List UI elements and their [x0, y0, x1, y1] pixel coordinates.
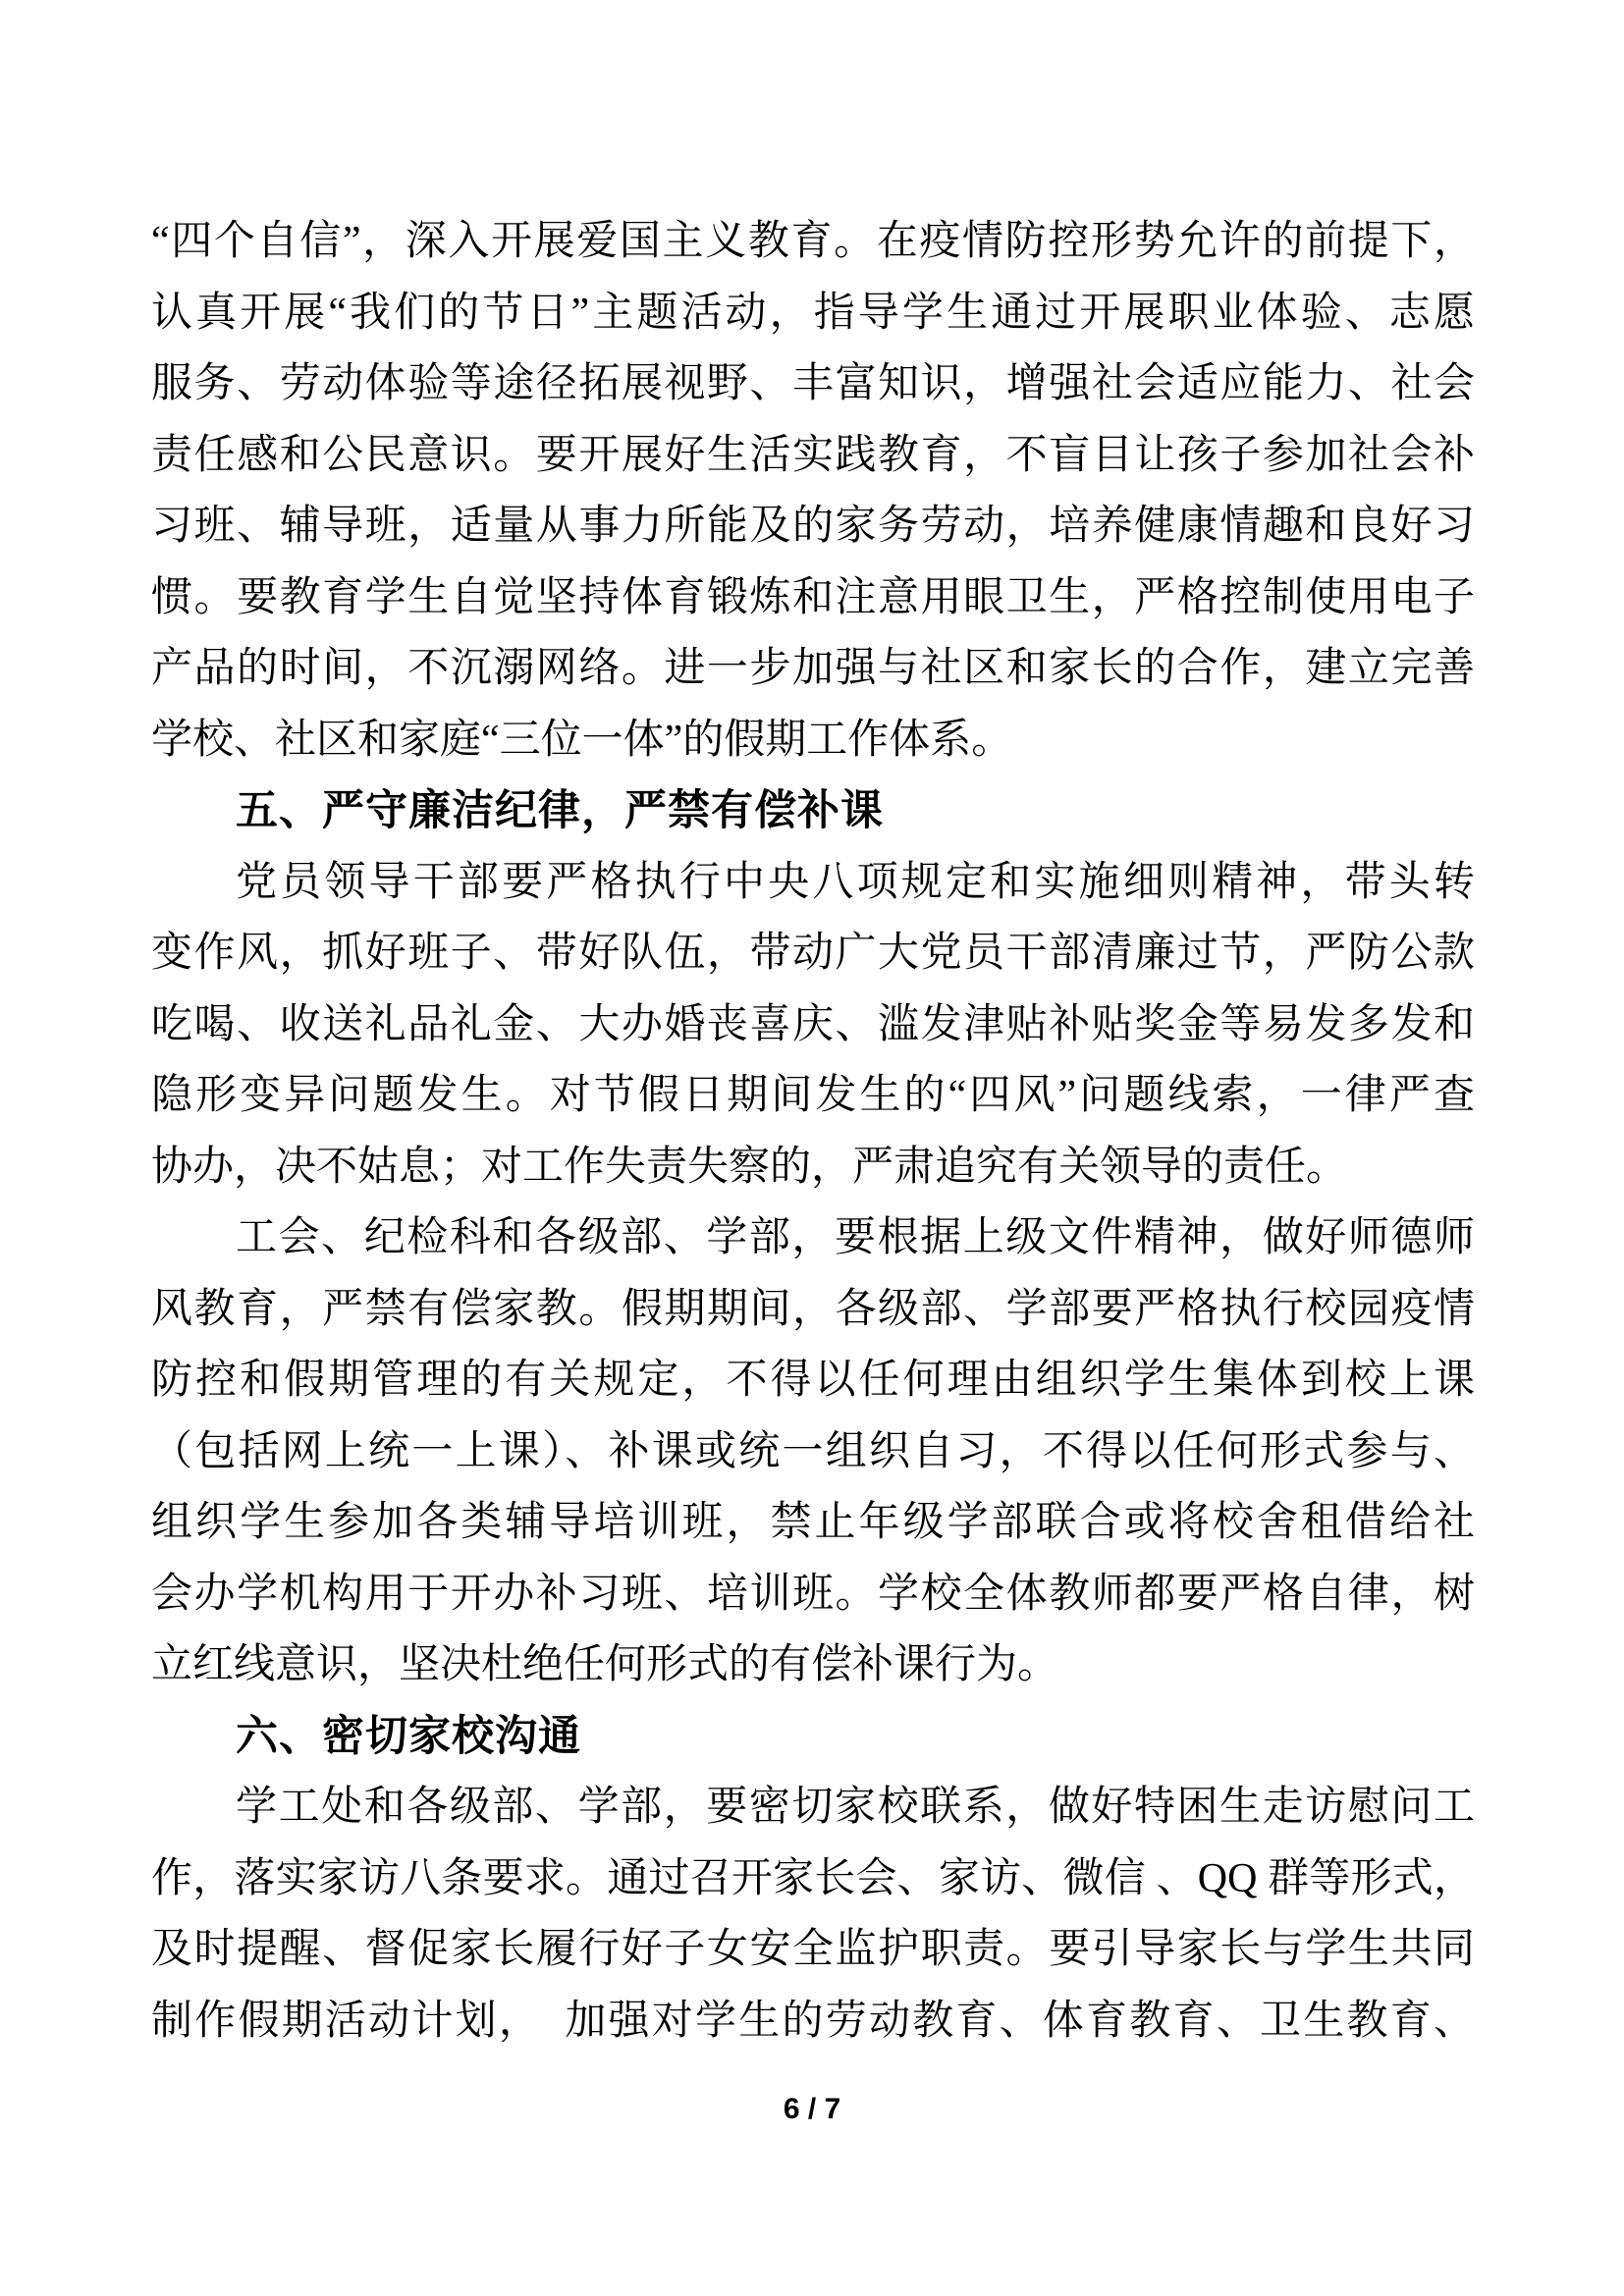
text-line: 党员领导干部要严格执行中央八项规定和实施细则精神，带头转	[151, 847, 1475, 919]
document-body: “四个自信”，深入开展爱国主义教育。在疫情防控形势允许的前提下，认真开展“我们的…	[151, 206, 1475, 2056]
paragraph-home-school-communication: 学工处和各级部、学部，要密切家校联系，做好特困生走访慰问工作，落实家访八条要求。…	[151, 1772, 1475, 2056]
text-line: 变作风，抓好班子、带好队伍，带动广大党员干部清廉过节，严防公款	[151, 918, 1475, 989]
text-line: 制作假期活动计划， 加强对学生的劳动教育、体育教育、卫生教育、	[151, 1986, 1475, 2057]
text-line: 学工处和各级部、学部，要密切家校联系，做好特困生走访慰问工	[151, 1772, 1475, 1843]
text-line: 及时提醒、督促家长履行好子女安全监护职责。要引导家长与学生共同	[151, 1914, 1475, 1986]
paragraph-no-paid-tutoring: 工会、纪检科和各级部、学部，要根据上级文件精神，做好师德师风教育，严禁有偿家教。…	[151, 1202, 1475, 1701]
text-line: 协办，决不姑息；对工作失责失察的，严肃追究有关领导的责任。	[151, 1132, 1475, 1203]
text-line: “四个自信”，深入开展爱国主义教育。在疫情防控形势允许的前提下，	[151, 206, 1475, 278]
document-page: “四个自信”，深入开展爱国主义教育。在疫情防控形势允许的前提下，认真开展“我们的…	[0, 0, 1624, 2296]
text-line: 服务、劳动体验等途径拓展视野、丰富知识，增强社会适应能力、社会	[151, 348, 1475, 420]
text-line: 惯。要教育学生自觉坚持体育锻炼和注意用眼卫生，严格控制使用电子	[151, 562, 1475, 634]
text-line: 吃喝、收送礼品礼金、大办婚丧喜庆、滥发津贴补贴奖金等易发多发和	[151, 989, 1475, 1061]
text-line: 隐形变异问题发生。对节假日期间发生的“四风”问题线索，一律严查	[151, 1060, 1475, 1132]
paragraph-holiday-education: “四个自信”，深入开展爱国主义教育。在疫情防控形势允许的前提下，认真开展“我们的…	[151, 206, 1475, 775]
text-line: 产品的时间，不沉溺网络。进一步加强与社区和家长的合作，建立完善	[151, 633, 1475, 705]
text-line: （包括网上统一上课）、补课或统一组织自习，不得以任何形式参与、	[151, 1416, 1475, 1488]
text-line: 习班、辅导班，适量从事力所能及的家务劳动，培养健康情趣和良好习	[151, 491, 1475, 562]
text-line: 风教育，严禁有偿家教。假期期间，各级部、学部要严格执行校园疫情	[151, 1274, 1475, 1346]
text-line: 责任感和公民意识。要开展好生活实践教育，不盲目让孩子参加社会补	[151, 420, 1475, 492]
text-line: 立红线意识，坚决杜绝任何形式的有偿补课行为。	[151, 1629, 1475, 1701]
text-line: 工会、纪检科和各级部、学部，要根据上级文件精神，做好师德师	[151, 1202, 1475, 1274]
section-heading-5: 五、严守廉洁纪律，严禁有偿补课	[151, 775, 1475, 847]
section-heading-6: 六、密切家校沟通	[151, 1701, 1475, 1773]
text-line: 会办学机构用于开办补习班、培训班。学校全体教师都要严格自律，树	[151, 1559, 1475, 1630]
text-line: 学校、社区和家庭“三位一体”的假期工作体系。	[151, 705, 1475, 776]
page-number: 6 / 7	[0, 2093, 1624, 2126]
text-line: 作，落实家访八条要求。通过召开家长会、家访、微信 、QQ 群等形式，	[151, 1843, 1475, 1915]
paragraph-party-discipline: 党员领导干部要严格执行中央八项规定和实施细则精神，带头转变作风，抓好班子、带好队…	[151, 847, 1475, 1203]
text-line: 防控和假期管理的有关规定，不得以任何理由组织学生集体到校上课	[151, 1345, 1475, 1416]
text-line: 组织学生参加各类辅导培训班，禁止年级学部联合或将校舍租借给社	[151, 1487, 1475, 1559]
text-line: 认真开展“我们的节日”主题活动，指导学生通过开展职业体验、志愿	[151, 278, 1475, 349]
